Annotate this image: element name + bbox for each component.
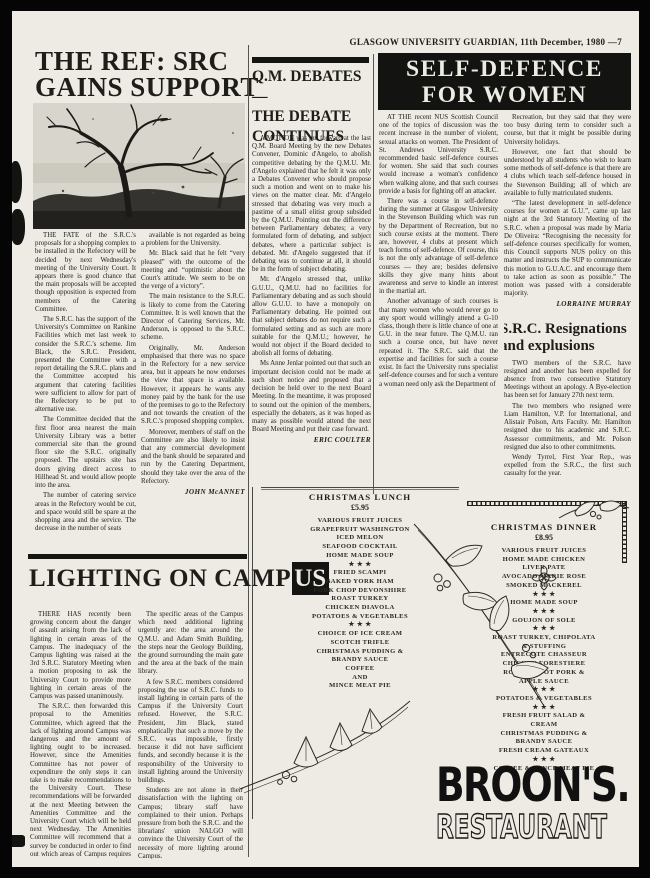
menu-item: ROAST TURKEY, CHIPOLATA <box>459 634 629 643</box>
menu-item: CHICKEN DIAVOLA <box>267 604 453 613</box>
menu-item: ★ ★ ★ <box>459 608 629 617</box>
lighting-column-2: The specific areas of the Campus which n… <box>138 611 243 859</box>
menu-item: FRESH CREAM GATEAUX <box>459 747 629 756</box>
paragraph: The specific areas of the Campus which n… <box>138 611 243 677</box>
lunch-lines: VARIOUS FRUIT JUICESGRAPEFRUIT WASHINGTO… <box>267 517 453 691</box>
paragraph: The two members who resigned were Liam H… <box>504 403 631 452</box>
defence-column-a: AT THE recent NUS Scottish Council one o… <box>379 114 498 534</box>
lighting-column-2-paras: The specific areas of the Campus which n… <box>138 611 243 859</box>
defence-headline-line1: SELF-DEFENCE <box>378 56 631 82</box>
menu-item: CHOICE OF ICE CREAM <box>267 630 453 639</box>
lighting-top-bar <box>28 554 247 559</box>
paragraph: “The latest development in self-defence … <box>504 200 631 298</box>
page-sheet: GLASGOW UNIVERSITY GUARDIAN, 11th Decemb… <box>12 11 639 867</box>
paragraph: Mr. Black said that he felt “very please… <box>141 250 245 291</box>
ref-column-1: THE FATE of the S.R.C.'s proposals for a… <box>35 232 136 565</box>
defence-byline: LORRAINE MURRAY <box>504 300 631 308</box>
menu-item: CHICKEN FORESTIERE <box>459 660 629 669</box>
paragraph: A MOTION was put forward at the last Q.M… <box>252 135 371 274</box>
menu-item: AVOCADO MARIE ROSE <box>459 573 629 582</box>
menu-item: ★ ★ ★ <box>459 591 629 600</box>
restaurant-name: BROON'S. <box>436 763 596 809</box>
paragraph: available is not regarded as being a pro… <box>141 232 245 248</box>
menu-item: ★ ★ ★ <box>267 621 453 630</box>
menu-item: PORK CHOP DEVONSHIRE <box>267 587 453 596</box>
menu-item: HOME MADE CHICKEN <box>459 556 629 565</box>
dinner-lines: VARIOUS FRUIT JUICESHOME MADE CHICKENLIV… <box>459 547 629 773</box>
dinner-box-hatched-border-top <box>467 501 627 506</box>
dinner-title: CHRISTMAS DINNER <box>459 522 629 533</box>
paragraph: The main resistance to the S.R.C. is lik… <box>141 293 245 342</box>
paragraph: Moreover, members of staff on the Commit… <box>141 429 245 486</box>
winter-tree-illustration <box>33 103 245 229</box>
paragraph: Recreation, but they said that they were… <box>504 114 631 147</box>
paragraph: The S.R.C. has the support of the Univer… <box>35 316 136 414</box>
menu-item: HOME MADE SOUP <box>459 599 629 608</box>
menu-item: POTATOES & VEGETABLES <box>459 695 629 704</box>
ref-column-2: available is not regarded as being a pro… <box>141 232 245 565</box>
resignations-headline-line1: S.R.C. Resignations <box>504 321 631 338</box>
scan-smudge <box>612 63 618 66</box>
menu-item: MINCE MEAT PIE <box>267 682 453 691</box>
menu-item: GRAPEFRUIT WASHINGTON <box>267 526 453 535</box>
ref-headline-line1: THE REF: SRC <box>35 48 259 74</box>
menu-item: CREAM <box>459 721 629 730</box>
menu-item: ★ ★ ★ <box>459 625 629 634</box>
menu-item: BAKED YORK HAM <box>267 578 453 587</box>
defence-headline-line2: FOR WOMEN <box>378 82 631 108</box>
paragraph: AT THE recent NUS Scottish Council one o… <box>379 114 498 196</box>
scan-smudge <box>12 209 25 245</box>
paragraph: Mr. d'Angelo stressed that, unlike G.U.U… <box>252 276 371 358</box>
dinner-price: £8.95 <box>459 533 629 543</box>
menu-item: BRANDY SAUCE <box>459 738 629 747</box>
restaurant-subtitle: RESTAURANT <box>436 809 576 845</box>
resignations-headline: S.R.C. Resignations and explusions <box>504 321 631 355</box>
paragraph: TWO members of the S.R.C. have resigned … <box>504 360 631 401</box>
ref-headline: THE REF: SRC GAINS SUPPORT <box>35 48 259 100</box>
menu-box-top-rule <box>261 487 459 488</box>
menu-item: ★ ★ ★ <box>459 704 629 713</box>
paragraph: THERE HAS recently been growing concern … <box>30 611 131 701</box>
menu-item: FRIED SCAMPI <box>267 569 453 578</box>
qm-paras: A MOTION was put forward at the last Q.M… <box>252 135 371 434</box>
qm-headline-line1: Q.M. DEBATES— <box>252 67 372 107</box>
menu-item: SCOTCH TRIFLE <box>267 639 453 648</box>
paragraph: Ms Anne Jenlar pointed out that such an … <box>252 360 371 434</box>
defence-column-b: Recreation, but they said that they were… <box>504 114 631 526</box>
paragraph: The S.R.C. then forwarded this proposal … <box>30 703 131 859</box>
menu-item: VARIOUS FRUIT JUICES <box>459 547 629 556</box>
masthead: GLASGOW UNIVERSITY GUARDIAN, 11th Decemb… <box>350 37 622 47</box>
qm-headline-line2: THE DEBATE <box>252 107 372 127</box>
menu-item: FRESH FRUIT SALAD & <box>459 712 629 721</box>
menu-item: SMOKED MACKEREL <box>459 582 629 591</box>
ref-byline: JOHN McANNET <box>141 488 245 496</box>
paragraph: The number of catering service areas in … <box>35 492 136 533</box>
paragraph: However, one fact that should be underst… <box>504 149 631 198</box>
restaurant-logo: BROON'S. RESTAURANT <box>436 763 636 845</box>
menu-item: AND <box>267 674 453 683</box>
scan-smudge <box>12 161 22 203</box>
paragraph: Another advantage of such courses is tha… <box>379 298 498 388</box>
menu-item: ROAST TURKEY <box>267 595 453 604</box>
menu-box-top-rule-2 <box>261 489 459 490</box>
menu-item: ROAST GIGOT PORK & <box>459 669 629 678</box>
winter-tree-photo <box>33 103 245 229</box>
paragraph: The Committee decided that the first flo… <box>35 416 136 490</box>
menu-item: COFFEE <box>267 665 453 674</box>
qm-top-bar <box>252 57 369 63</box>
menu-item: LIVER PATE <box>459 564 629 573</box>
menu-item: ICED MELON <box>267 534 453 543</box>
defence-banner: SELF-DEFENCE FOR WOMEN <box>378 53 631 110</box>
ref-headline-line2: GAINS SUPPORT <box>35 74 259 100</box>
paragraph: Originally, Mr. Anderson emphasised that… <box>141 345 245 427</box>
menu-item: VARIOUS FRUIT JUICES <box>267 517 453 526</box>
defence-column-b-paras: Recreation, but they said that they were… <box>504 114 631 298</box>
column-rule-right <box>373 54 374 494</box>
christmas-dinner-menu: CHRISTMAS DINNER £8.95 VARIOUS FRUIT JUI… <box>459 522 629 773</box>
menu-item: ★ ★ ★ <box>459 686 629 695</box>
paragraph: THE FATE of the S.R.C.'s proposals for a… <box>35 232 136 314</box>
newspaper-page: GLASGOW UNIVERSITY GUARDIAN, 11th Decemb… <box>0 0 650 878</box>
paragraph: Students are not alone in their dissatis… <box>138 787 243 859</box>
resignations-headline-line2: and explusions <box>504 338 631 355</box>
menu-item: ★ ★ ★ <box>267 561 453 570</box>
paragraph: There was a course in self-defence durin… <box>379 198 498 296</box>
qm-column: A MOTION was put forward at the last Q.M… <box>252 135 371 491</box>
menu-item: HOME MADE SOUP <box>267 552 453 561</box>
ref-column-2-paras: available is not regarded as being a pro… <box>141 232 245 486</box>
menu-item: & STUFFING <box>459 643 629 652</box>
menu-item: CHRISTMAS PUDDING & <box>459 730 629 739</box>
resignations-paras: TWO members of the S.R.C. have resigned … <box>504 360 631 479</box>
menu-item: CHRISTMAS PUDDING & <box>267 648 453 657</box>
paragraph: A few S.R.C. members considered proposin… <box>138 679 243 786</box>
lighting-column-1: THERE HAS recently been growing concern … <box>30 611 131 859</box>
menu-item: APPLE SAUCE <box>459 678 629 687</box>
qm-byline: ERIC COULTER <box>252 436 371 444</box>
lunch-price: £5.95 <box>267 503 453 513</box>
paragraph: Wendy Tyrrel, First Year Rep., was expel… <box>504 454 631 479</box>
menu-item: BRANDY SAUCE <box>267 656 453 665</box>
column-rule-left <box>248 45 249 857</box>
menu-item: SEAFOOD COCKTAIL <box>267 543 453 552</box>
scan-smudge <box>12 835 25 847</box>
christmas-lunch-menu: CHRISTMAS LUNCH £5.95 VARIOUS FRUIT JUIC… <box>267 492 453 691</box>
lunch-title: CHRISTMAS LUNCH <box>267 492 453 503</box>
menu-item: ENTRECOTE CHASSEUR <box>459 651 629 660</box>
